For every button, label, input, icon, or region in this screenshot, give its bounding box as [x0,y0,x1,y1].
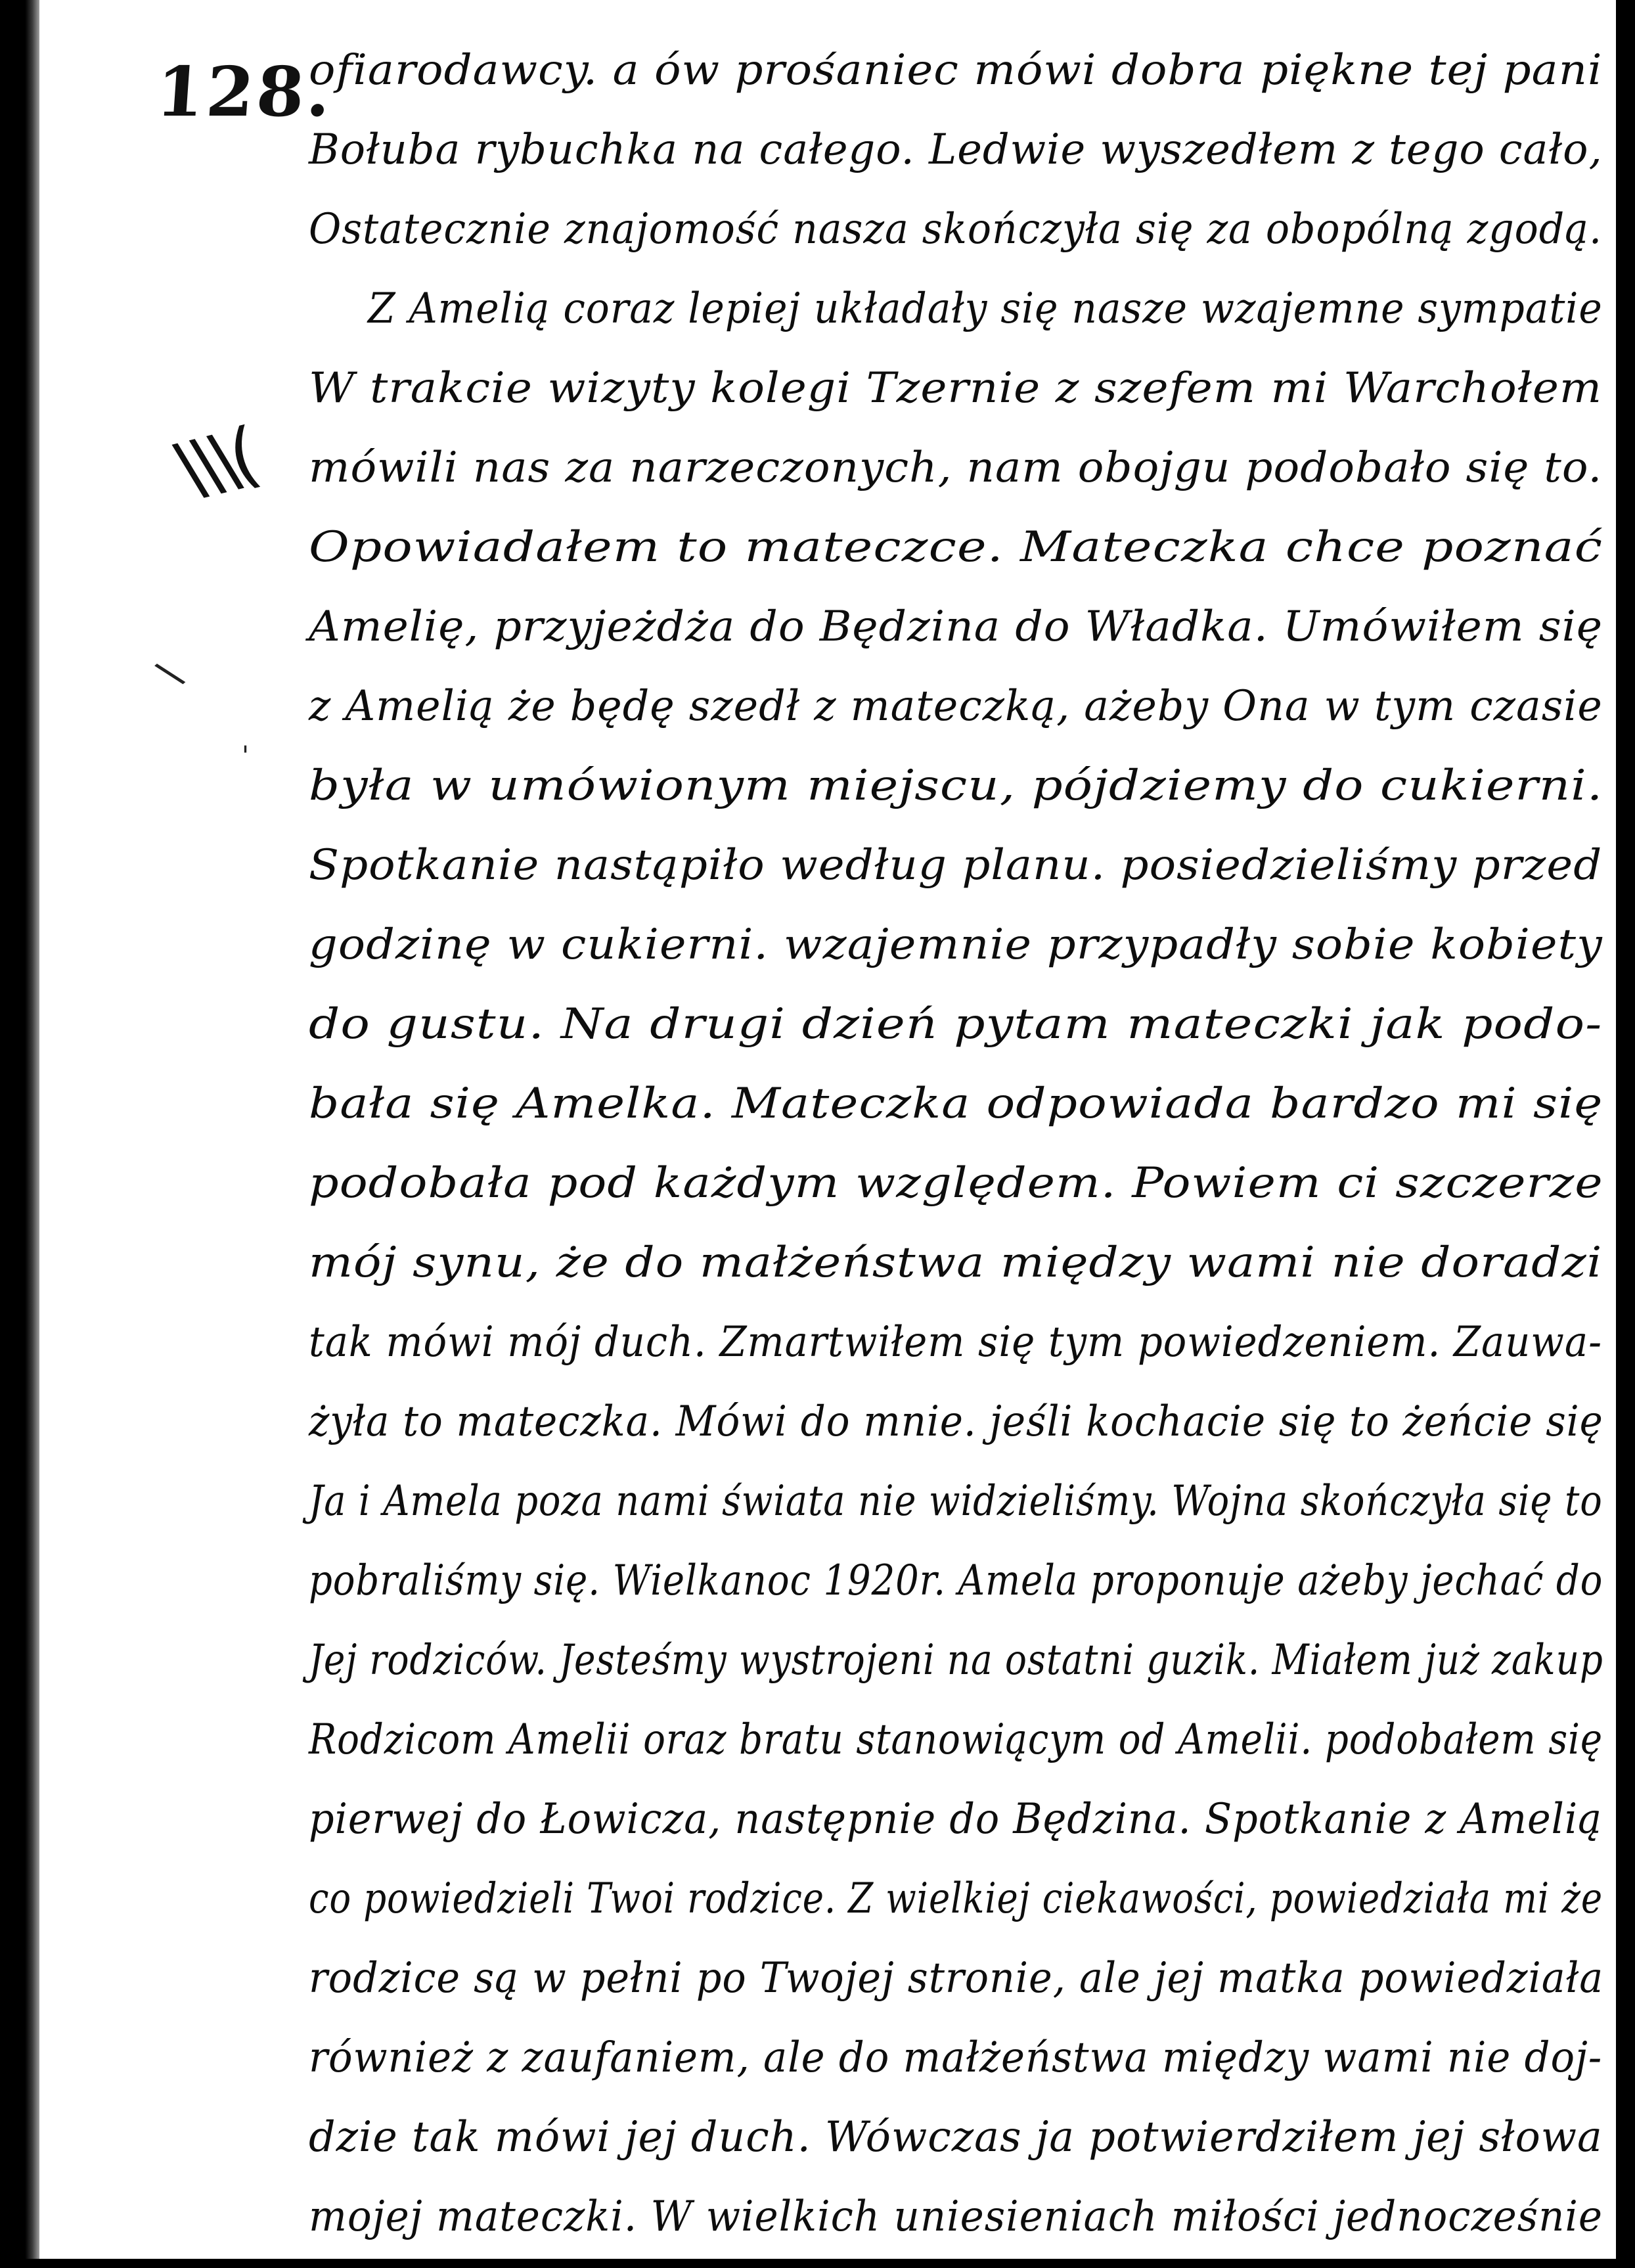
text-line: Opowiadałem to mateczce. Mateczka chce p… [309,523,1603,572]
text-line: mój synu, że do małżeństwa między wami n… [309,1238,1602,1287]
page-bottom-edge [0,2259,1635,2268]
text-line: rodzice są w pełni po Twojej stronie, al… [309,1954,1603,2003]
text-line: z Amelią że będę szedł z mateczką, ażeby… [309,682,1603,731]
margin-tick: ' [242,741,249,771]
text-line: żyła to mateczka. Mówi do mnie. jeśli ko… [309,1397,1603,1446]
page-right-edge [1626,0,1635,2268]
text-line: była w umówionym miejscu, pójdziemy do c… [309,761,1603,810]
text-line: Ja i Amela poza nami świata nie widzieli… [309,1477,1603,1526]
text-line: do gustu. Na drugi dzień pytam mateczki … [309,1000,1602,1049]
text-line: podobała pod każdym względem. Powiem ci … [309,1159,1603,1208]
text-line: Rodzicom Amelii oraz bratu stanowiącym o… [309,1715,1603,1764]
text-line: Bołuba rybuchka na całego. Ledwie wyszed… [309,125,1603,174]
text-line: godzinę w cukierni. wzajemnie przypadły … [309,920,1603,969]
text-line: bała się Amelka. Mateczka odpowiada bard… [309,1079,1603,1128]
text-line: Z Amelią coraz lepiej układały się nasze… [368,284,1603,333]
text-line: pobraliśmy się. Wielkanoc 1920r. Amela p… [309,1556,1603,1605]
text-line: co powiedzieli Twoi rodzice. Z wielkiej … [309,1874,1603,1923]
text-line: pierwej do Łowicza, następnie do Będzina… [309,1795,1602,1844]
text-line: dzie tak mówi jej duch. Wówczas ja potwi… [309,2113,1603,2162]
text-line: tak mówi mój duch. Zmartwiłem się tym po… [309,1318,1602,1367]
text-line: ofiarodawcy. a ów prośaniec mówi dobra p… [309,46,1603,95]
text-line: Ostatecznie znajomość nasza skończyła si… [309,205,1602,254]
text-line: Amelię, przyjeżdża do Będzina do Władka.… [309,602,1603,651]
text-line: Spotkanie nastąpiło według planu. posied… [309,841,1602,890]
text-line: mówili nas za narzeczonych, nam obojgu p… [309,443,1602,492]
text-line: również z zaufaniem, ale do małżeństwa m… [309,2033,1602,2082]
text-line: mojej mateczki. W wielkich uniesieniach … [309,2192,1603,2241]
text-line: W trakcie wizyty kolegi Tzernie z szefem… [309,364,1602,413]
text-line: Jej rodziców. Jesteśmy wystrojeni na ost… [309,1636,1603,1685]
